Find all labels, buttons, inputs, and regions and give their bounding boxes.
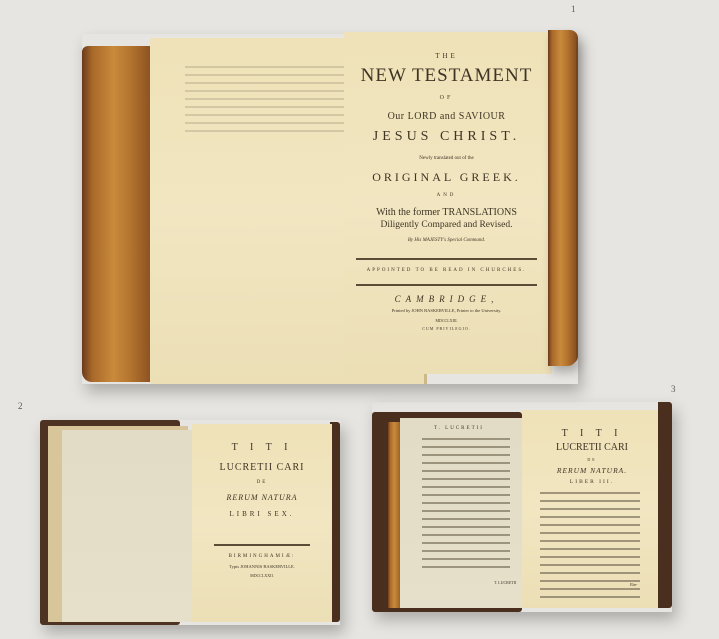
- plate-number-2: 2: [18, 401, 23, 411]
- nt-title-translations: With the former TRANSLATIONS: [344, 207, 549, 218]
- lucretius-de: DE: [192, 480, 332, 485]
- book3-name: LUCRETII CARI: [522, 442, 662, 453]
- lucretius-libri-sex: LIBRI SEX.: [192, 510, 332, 518]
- nt-title-the: THE: [344, 52, 549, 60]
- lucretius-printer: Typis JOHANNIS BASKERVILLE.: [192, 564, 332, 569]
- nt-imprint-printer: Printed by JOHN BASKERVILLE, Printer to …: [344, 308, 549, 313]
- nt-title-main: NEW TESTAMENT: [344, 65, 549, 87]
- book3-catchword-left: T. LUCRETII: [494, 580, 516, 585]
- nt-title-greek: ORIGINAL GREEK.: [344, 170, 549, 185]
- book3-left-text: [422, 438, 510, 574]
- nt-title-command: By His MAJESTY's Special Command.: [344, 238, 549, 243]
- nt-rule-top: [356, 258, 537, 260]
- nt-title-appointed: APPOINTED TO BE READ IN CHURCHES.: [344, 268, 549, 273]
- book1-right-edge: [548, 30, 576, 366]
- lucretius-date: MDCCLXXII.: [192, 573, 332, 578]
- book3-cover-right: [658, 402, 672, 608]
- book-lucretius-1772: T I T I LUCRETII CARI DE RERUM NATURA LI…: [40, 420, 340, 625]
- plate-number-3: 3: [671, 384, 676, 394]
- lucretius-rule: [214, 544, 310, 546]
- lucretius-name: LUCRETII CARI: [192, 462, 332, 473]
- plate-number-1: 1: [571, 4, 576, 14]
- book3-right-page: T I T I LUCRETII CARI DE RERUM NATURA. L…: [522, 410, 662, 608]
- book3-de: DE: [522, 457, 662, 462]
- book3-right-text: [540, 492, 640, 604]
- book3-running-head: T. LUCRETII: [434, 426, 484, 431]
- nt-imprint-privilege: CUM PRIVILEGIO.: [344, 326, 549, 331]
- lucretius-place: BIRMINGHAMIÆ:: [192, 554, 332, 559]
- lucretius-rerum-natura: RERUM NATURA: [192, 493, 332, 502]
- book3-left-page: T. LUCRETII T. LUCRETII: [400, 418, 522, 608]
- nt-imprint-date: MDCCLXIII.: [344, 318, 549, 323]
- nt-title-translated: Newly translated out of the: [344, 156, 549, 161]
- book3-rerum-natura: RERUM NATURA.: [522, 466, 662, 475]
- nt-imprint-place: CAMBRIDGE,: [344, 294, 549, 304]
- book1-title-page-area: THE NEW TESTAMENT OF Our LORD and SAVIOU…: [344, 32, 549, 374]
- nt-title-of: OF: [344, 95, 549, 101]
- nt-title-jesus: JESUS CHRIST.: [344, 129, 549, 145]
- book2-flyleaf: [62, 430, 195, 622]
- book1-fore-edge-left: [82, 46, 152, 382]
- book3-catchword: Ehe-: [630, 582, 638, 587]
- book3-liber: LIBER III.: [522, 479, 662, 485]
- book3-titi: T I T I: [522, 428, 662, 439]
- lucretius-titi: T I T I: [192, 442, 332, 453]
- nt-rule-bottom: [356, 284, 537, 286]
- nt-title-and: AND: [344, 193, 549, 198]
- nt-title-lord: Our LORD and SAVIOUR: [344, 111, 549, 122]
- nt-title-revised: Diligently Compared and Revised.: [344, 220, 549, 230]
- book-lucretius-liber-iii: T. LUCRETII T. LUCRETII T I T I LUCRETII…: [372, 402, 672, 612]
- book2-title-page: T I T I LUCRETII CARI DE RERUM NATURA LI…: [192, 424, 332, 622]
